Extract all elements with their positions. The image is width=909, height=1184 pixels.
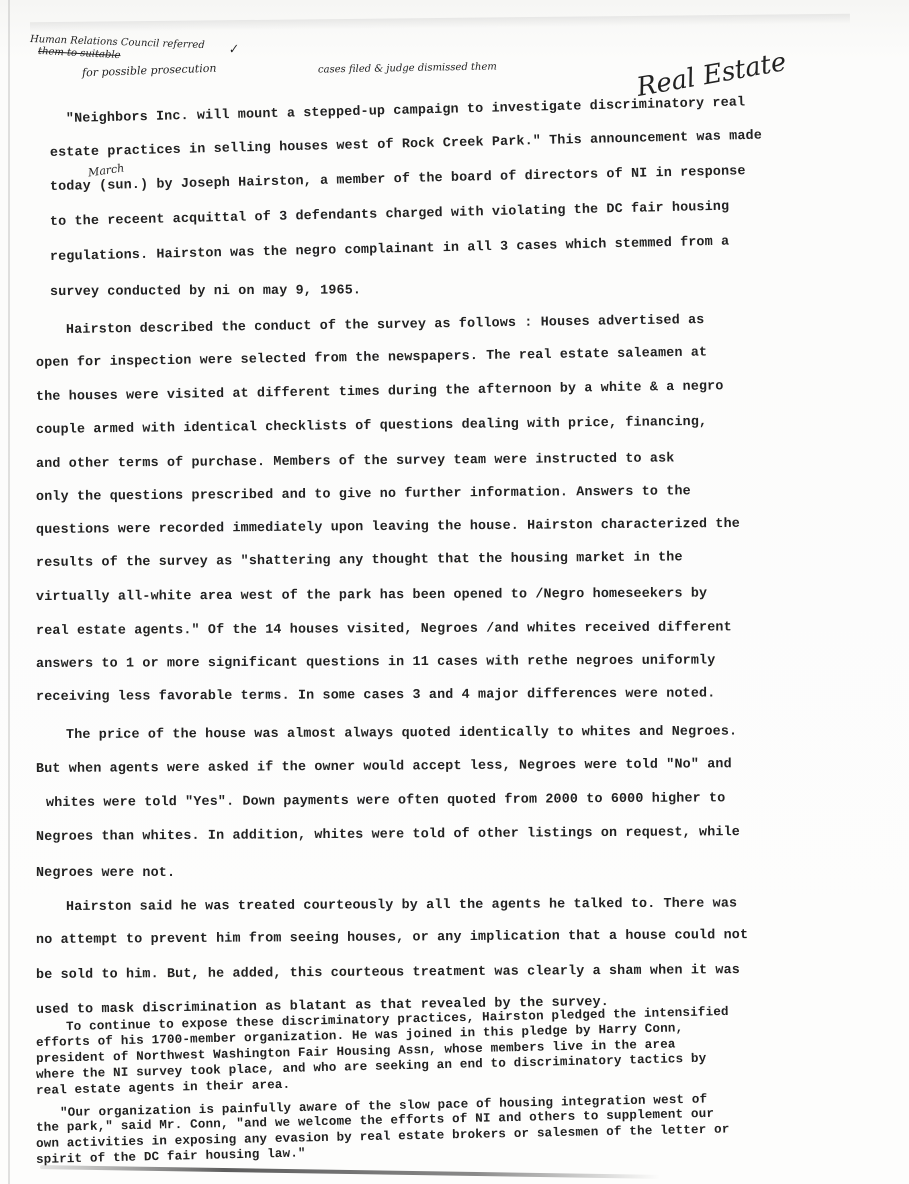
handwritten-title: Real Estate xyxy=(635,47,789,103)
text-line: virtually all-white area west of the par… xyxy=(36,586,707,605)
text-line: today (sun.) by Joseph Hairston, a membe… xyxy=(50,164,746,195)
text-line: But when agents were asked if the owner … xyxy=(36,757,732,777)
text-line: Negroes than whites. In addition, whites… xyxy=(36,825,740,845)
text-line: results of the survey as "shattering any… xyxy=(36,550,683,571)
text-line: only the questions prescribed and to giv… xyxy=(36,484,691,505)
text-line: the houses were visited at different tim… xyxy=(36,379,724,405)
text-line: receiving less favorable terms. In some … xyxy=(36,686,715,705)
checkmark-icon: ✓ xyxy=(227,41,239,57)
text-line: Hairston described the conduct of the su… xyxy=(66,313,705,338)
handwritten-note-cases: cases filed & judge dismissed them xyxy=(318,61,497,75)
text-line: to the receent acquittal of 3 defendants… xyxy=(50,200,730,230)
handwritten-date-insert: March xyxy=(87,162,125,180)
page-left-edge xyxy=(8,0,10,1184)
text-line: open for inspection were selected from t… xyxy=(36,345,707,371)
text-line: survey conducted by ni on may 9, 1965. xyxy=(50,283,361,300)
text-line: The price of the house was almost always… xyxy=(66,724,737,743)
handwritten-note-line-2: them to suitable xyxy=(38,46,121,61)
text-line: couple armed with identical checklists o… xyxy=(36,415,707,438)
handwritten-note-line-3: for possible prosecution xyxy=(82,62,217,80)
text-line: no attempt to prevent him from seeing ho… xyxy=(36,928,748,948)
page-bottom-fold xyxy=(40,1165,660,1179)
page-top-shadow xyxy=(30,14,850,33)
text-line: whites were told "Yes". Down payments we… xyxy=(46,791,726,811)
text-line: "Neighbors Inc. will mount a stepped-up … xyxy=(66,95,746,127)
text-line: estate practices in selling houses west … xyxy=(50,129,762,161)
text-line: regulations. Hairston was the negro comp… xyxy=(50,235,730,265)
handwritten-note-text: for possible prosecution xyxy=(82,62,217,80)
text-line: answers to 1 or more significant questio… xyxy=(36,653,715,672)
text-line: Hairston said he was treated courteously… xyxy=(66,896,737,915)
text-line: be sold to him. But, he added, this cour… xyxy=(36,963,740,983)
text-line: and other terms of purchase. Members of … xyxy=(36,451,675,472)
handwritten-struck-text: them to suitable xyxy=(38,46,121,61)
text-line: real estate agents." Of the 14 houses vi… xyxy=(36,620,732,639)
text-line: Negroes were not. xyxy=(36,866,175,881)
scanned-page: Human Relations Council referred them to… xyxy=(0,0,909,1184)
text-line: questions were recorded immediately upon… xyxy=(36,517,740,538)
